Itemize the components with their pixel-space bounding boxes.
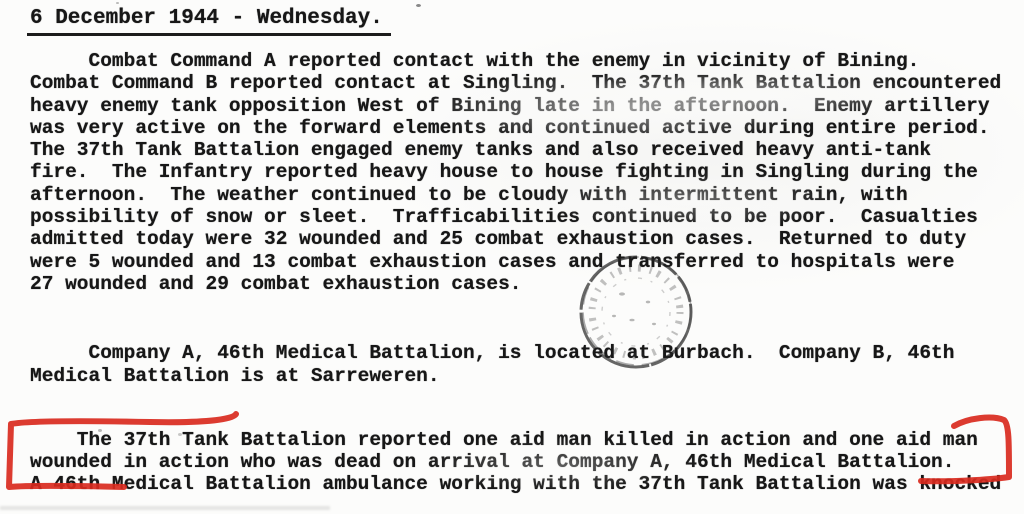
paragraph-aid-man-report: The 37th Tank Battalion reported one aid…: [30, 429, 1024, 496]
scan-streak: [0, 506, 330, 510]
document-page: 6 December 1944 - Wednesday. Combat Comm…: [30, 0, 1024, 496]
date-heading: 6 December 1944 - Wednesday.: [30, 6, 1024, 36]
date-heading-text: 6 December 1944 - Wednesday.: [27, 6, 391, 36]
paragraph-company-locations: Company A, 46th Medical Battalion, is lo…: [30, 342, 1024, 387]
paragraph-combat-report: Combat Command A reported contact with t…: [30, 50, 1024, 295]
